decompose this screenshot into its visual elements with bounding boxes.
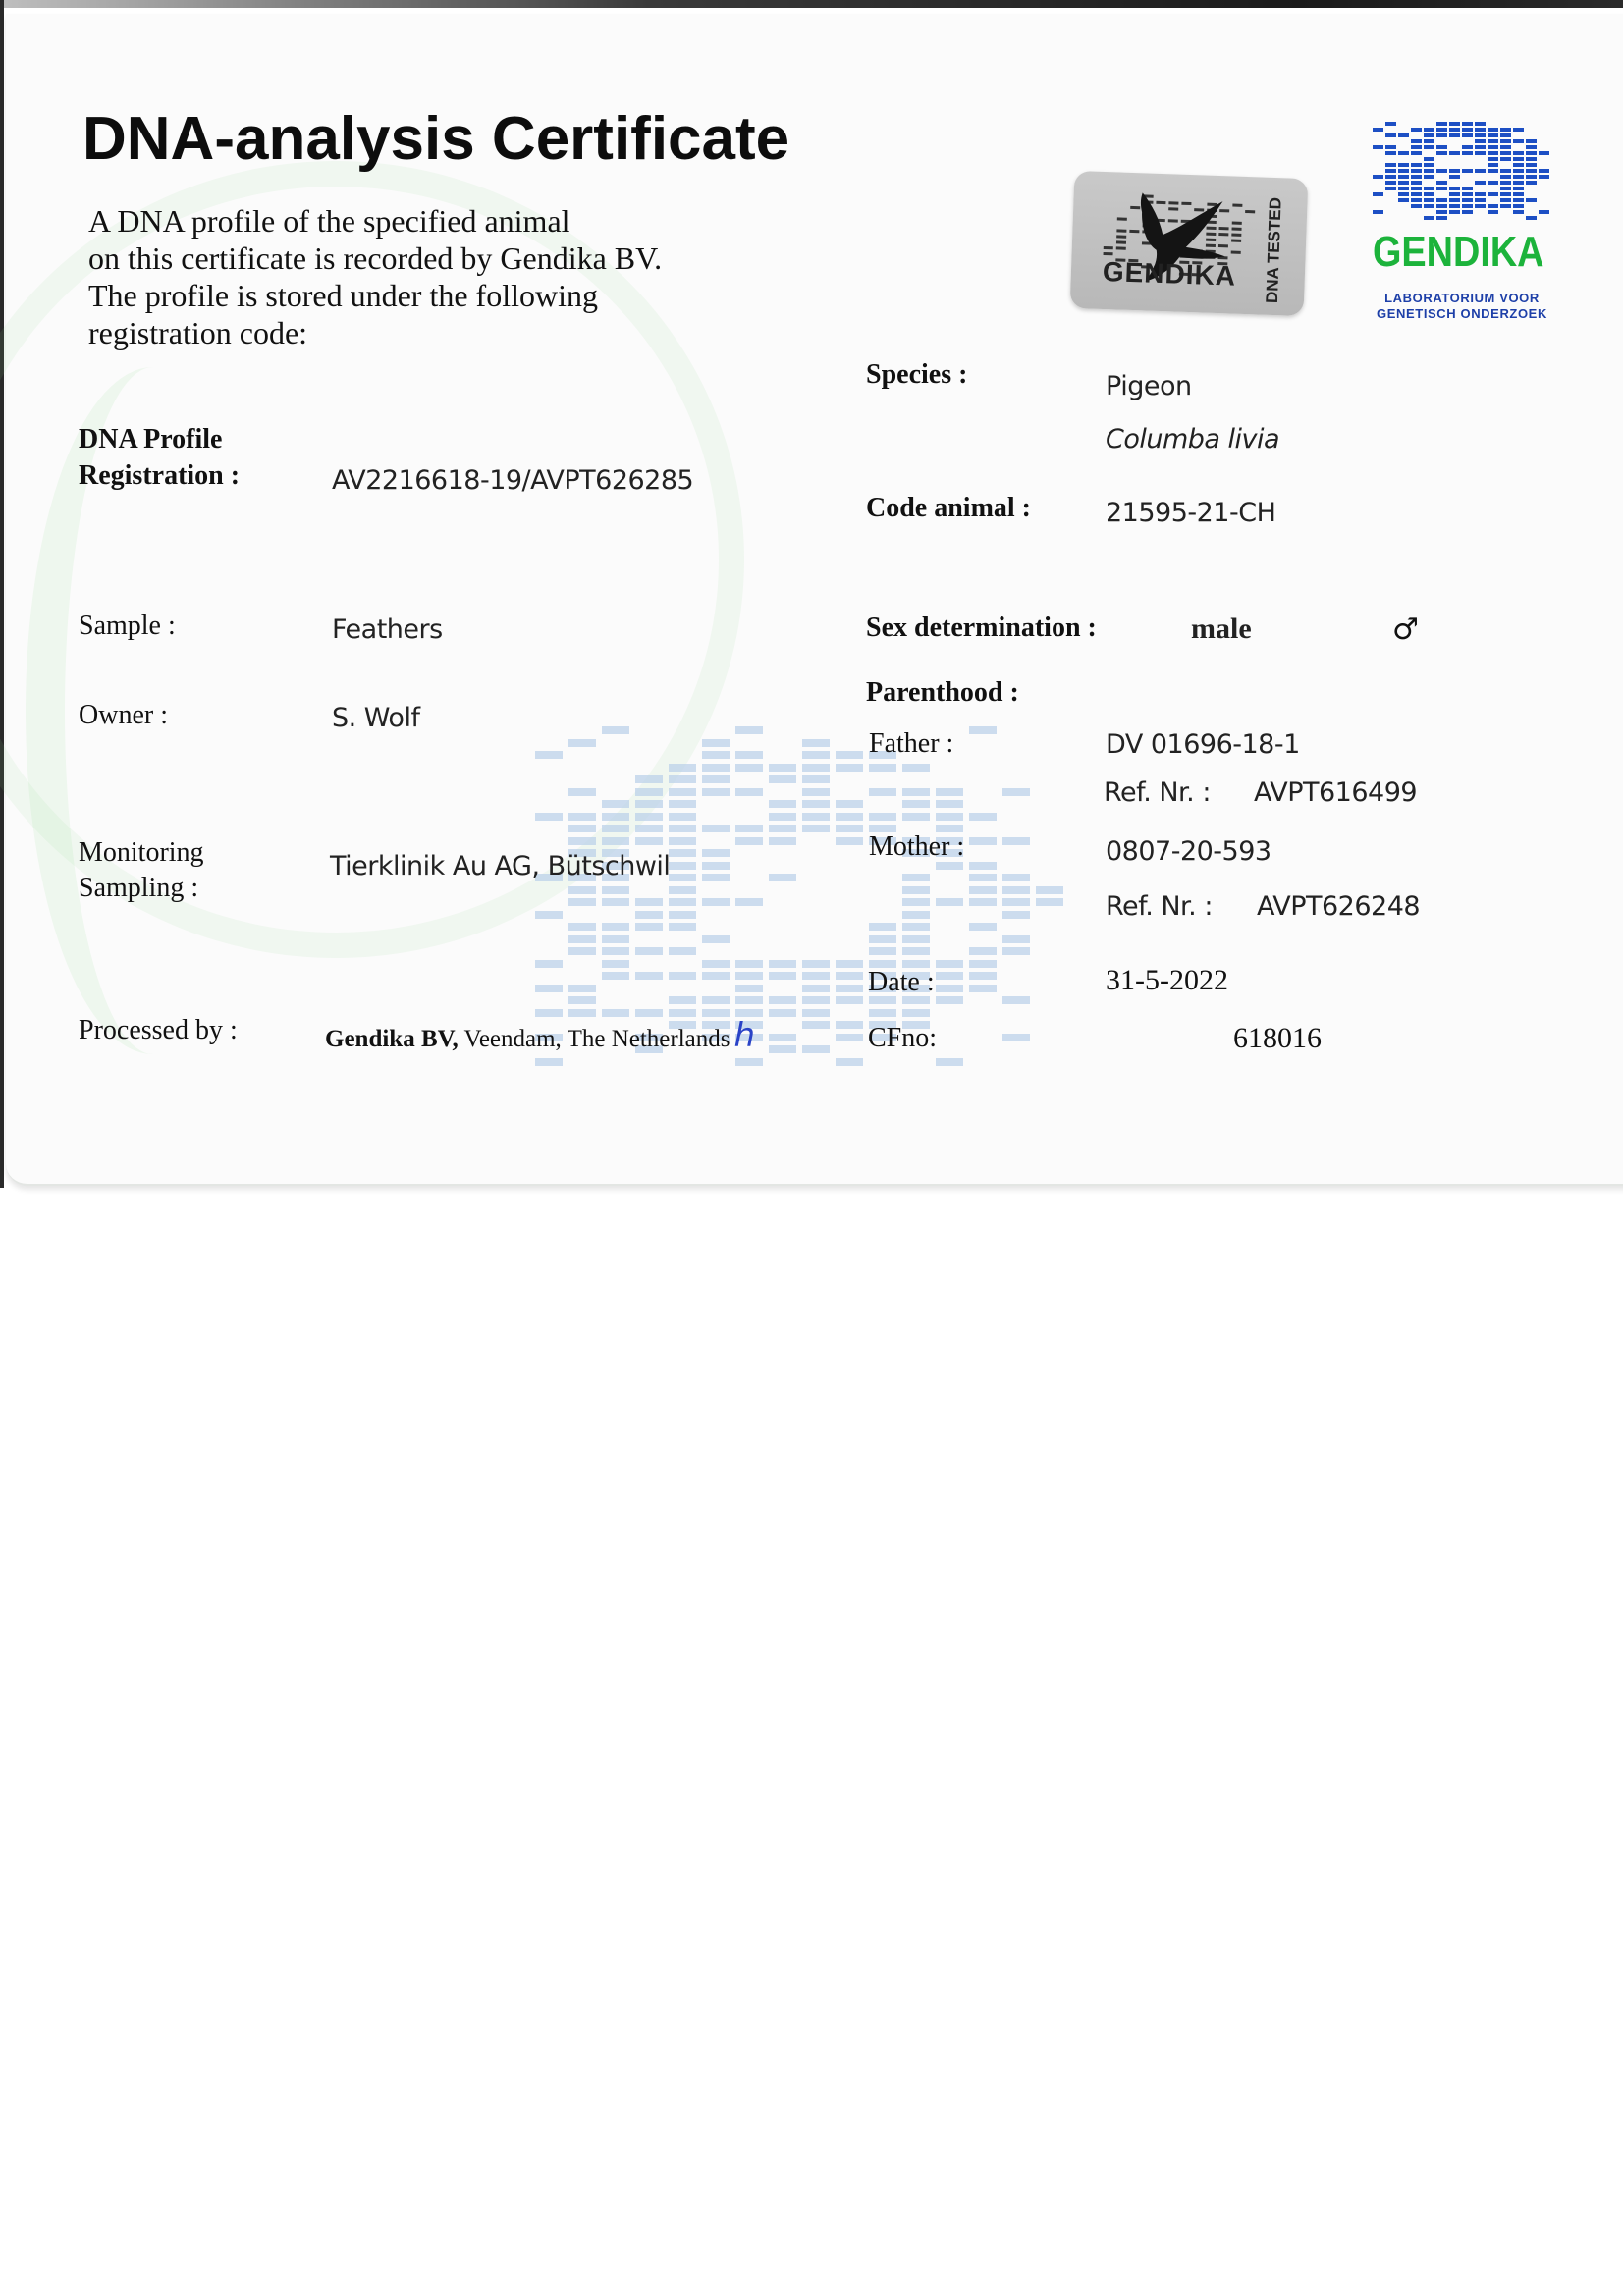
sticker-brand: GENDIKA	[1102, 256, 1236, 293]
handwritten-initial: h	[734, 1016, 756, 1055]
species-latin: Columba livia	[1106, 422, 1279, 457]
monitoring-value: Tierklinik Au AG, Bütschwil	[330, 849, 670, 884]
mother-ref-value: AVPT626248	[1257, 889, 1420, 925]
registration-value: AV2216618-19/AVPT626285	[332, 463, 693, 499]
monitoring-label-line2: Sampling :	[79, 871, 198, 906]
sample-label: Sample :	[79, 609, 176, 644]
processed-by-label: Processed by :	[79, 1013, 238, 1048]
sex-value: male	[1191, 612, 1252, 647]
processed-by-location: Veendam, The Netherlands	[464, 1026, 730, 1052]
cfno-value: 618016	[1233, 1021, 1322, 1056]
species-label: Species :	[866, 357, 967, 393]
sticker-caption: DNA TESTED	[1263, 195, 1286, 304]
intro-line: A DNA profile of the specified animal	[88, 202, 776, 240]
scan-edge-top	[0, 0, 1623, 8]
logo-subtitle-line: LABORATORIUM VOOR	[1373, 291, 1551, 306]
logo-subtitle: LABORATORIUM VOOR GENETISCH ONDERZOEK	[1373, 291, 1551, 322]
certificate-title: DNA-analysis Certificate	[82, 104, 789, 174]
father-value: DV 01696-18-1	[1106, 727, 1300, 763]
date-value: 31-5-2022	[1106, 963, 1228, 998]
code-animal-value: 21595-21-CH	[1106, 496, 1275, 531]
intro-line: The profile is stored under the followin…	[88, 277, 776, 314]
registration-label-line1: DNA Profile	[79, 422, 222, 457]
dna-tested-sticker: GENDIKA DNA TESTED	[1070, 171, 1309, 316]
logo-subtitle-line: GENETISCH ONDERZOEK	[1373, 306, 1551, 322]
parenthood-label: Parenthood :	[866, 675, 1019, 711]
sex-label: Sex determination :	[866, 611, 1097, 646]
mother-label: Mother :	[869, 829, 964, 865]
father-ref-value: AVPT616499	[1254, 775, 1417, 811]
sample-value: Feathers	[332, 613, 443, 648]
code-animal-label: Code animal :	[866, 491, 1031, 526]
father-ref-label: Ref. Nr. :	[1104, 775, 1211, 811]
mother-ref-label: Ref. Nr. :	[1106, 889, 1213, 925]
intro-line: on this certificate is recorded by Gendi…	[88, 240, 776, 277]
intro-line: registration code:	[88, 314, 776, 351]
date-label: Date :	[868, 965, 935, 1000]
mother-value: 0807-20-593	[1106, 834, 1271, 870]
species-common: Pigeon	[1106, 369, 1192, 404]
registration-label-line2: Registration :	[79, 458, 240, 494]
processed-by-value: Gendika BV, Veendam, The Netherlandsh	[325, 1016, 755, 1055]
intro-text: A DNA profile of the specified animal on…	[88, 202, 776, 351]
owner-label: Owner :	[79, 698, 168, 733]
owner-value: S. Wolf	[332, 701, 419, 736]
processed-by-company: Gendika BV,	[325, 1026, 459, 1052]
male-symbol-icon: ♂	[1392, 613, 1419, 647]
cfno-label: CFno:	[868, 1021, 937, 1056]
father-label: Father :	[869, 726, 953, 762]
logo-name: GENDIKA	[1373, 228, 1527, 277]
gendika-logo-icon	[1373, 116, 1549, 222]
monitoring-label-line1: Monitoring	[79, 835, 204, 871]
